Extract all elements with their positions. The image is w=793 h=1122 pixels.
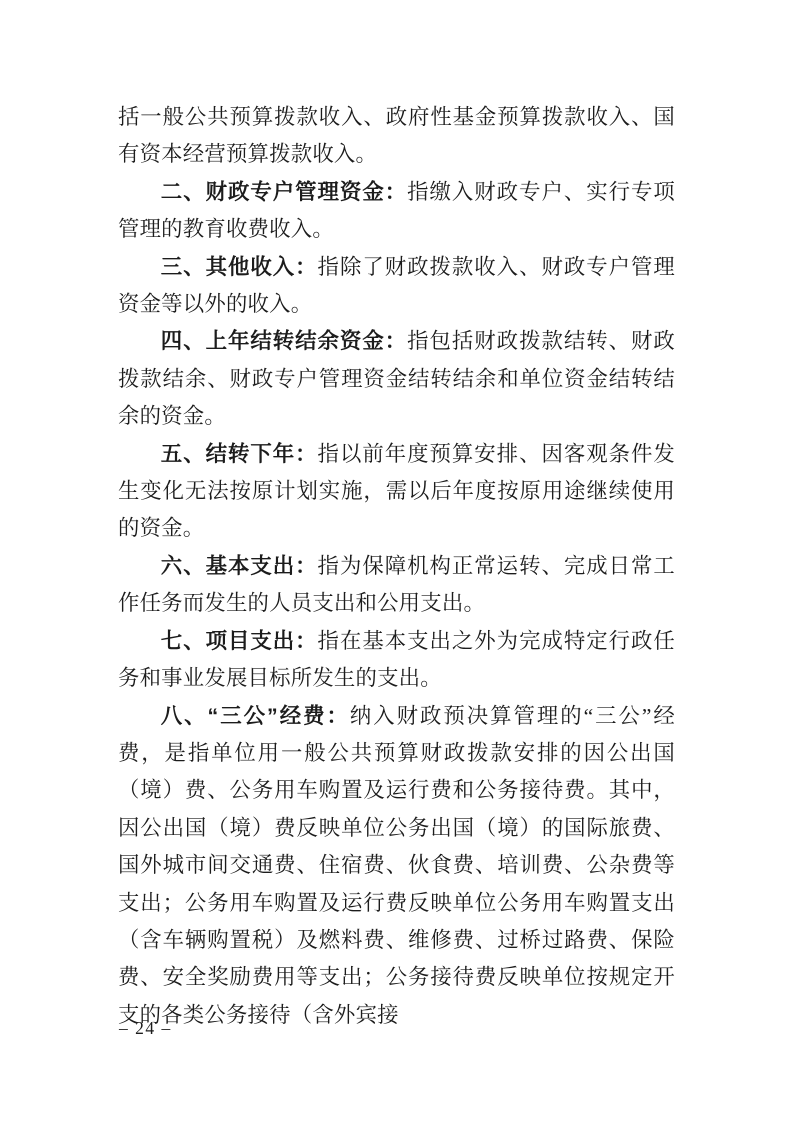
term-definition: 括一般公共预算拨款收入、政府性基金预算拨款收入、国有资本经营预算拨款收入。 <box>118 105 675 166</box>
para-project-expenditure: 七、项目支出：指在基本支出之外为完成特定行政任务和事业发展目标所发生的支出。 <box>118 623 675 698</box>
para-three-public-expenses: 八、“三公”经费：纳入财政预决算管理的“三公”经费，是指单位用一般公共预算财政拨… <box>118 698 675 1035</box>
term-heading: 七、项目支出： <box>161 629 318 653</box>
page-body-text: 括一般公共预算拨款收入、政府性基金预算拨款收入、国有资本经营预算拨款收入。 二、… <box>118 99 675 1034</box>
term-heading: 二、财政专户管理资金： <box>161 180 407 204</box>
para-other-income: 三、其他收入：指除了财政拨款收入、财政专户管理资金等以外的收入。 <box>118 249 675 324</box>
para-carryover-surplus-funds: 四、上年结转结余资金：指包括财政拨款结转、财政拨款结余、财政专户管理资金结转结余… <box>118 323 675 435</box>
document-page: 括一般公共预算拨款收入、政府性基金预算拨款收入、国有资本经营预算拨款收入。 二、… <box>0 0 793 1122</box>
para-fiscal-special-account-funds: 二、财政专户管理资金：指缴入财政专户、实行专项管理的教育收费收入。 <box>118 174 675 249</box>
para-fiscal-appropriation-continued: 括一般公共预算拨款收入、政府性基金预算拨款收入、国有资本经营预算拨款收入。 <box>118 99 675 174</box>
term-definition: 纳入财政预决算管理的“三公”经费，是指单位用一般公共预算财政拨款安排的因公出国（… <box>118 704 675 1027</box>
para-carryforward-next-year: 五、结转下年：指以前年度预算安排、因客观条件发生变化无法按原计划实施，需以后年度… <box>118 436 675 548</box>
term-heading: 六、基本支出： <box>161 554 318 578</box>
term-heading: 八、“三公”经费： <box>161 704 350 728</box>
term-heading: 四、上年结转结余资金： <box>161 329 407 353</box>
term-heading: 三、其他收入： <box>161 255 318 279</box>
page-number: – 24 – <box>119 1017 172 1039</box>
term-heading: 五、结转下年： <box>161 442 318 466</box>
para-basic-expenditure: 六、基本支出：指为保障机构正常运转、完成日常工作任务而发生的人员支出和公用支出。 <box>118 548 675 623</box>
